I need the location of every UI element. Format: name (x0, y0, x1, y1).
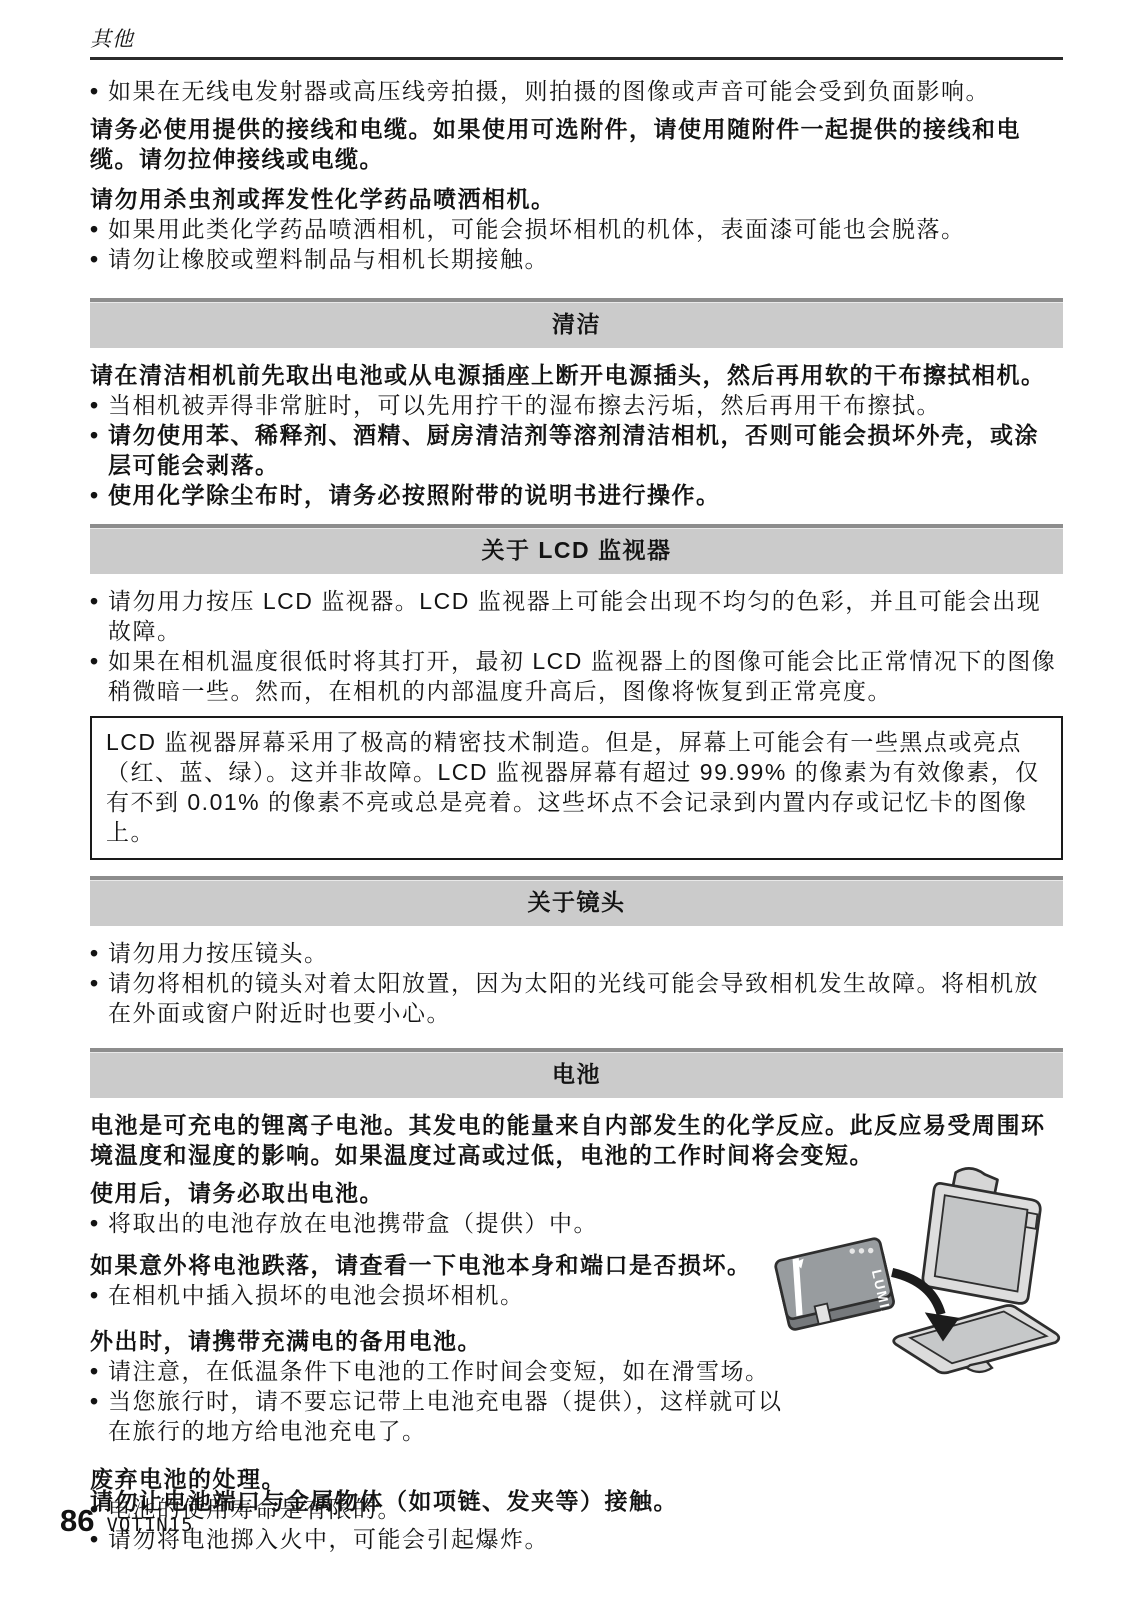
battery-bullet: 请注意，在低温条件下电池的工作时间会变短，如在滑雪场。 (90, 1356, 790, 1386)
bullet-marker (90, 586, 108, 646)
cleaning-bullet: 使用化学除尘布时，请务必按照附带的说明书进行操作。 (90, 480, 1063, 510)
bullet-marker (90, 968, 108, 1028)
battery-bullet: 请勿将电池掷入火中，可能会引起爆炸。 (90, 1524, 790, 1554)
page-number: 86 (60, 1504, 94, 1538)
lens-bullet: 请勿将相机的镜头对着太阳放置，因为太阳的光线可能会导致相机发生故障。将相机放在外… (90, 968, 1063, 1028)
radio-interference-bullet: 如果在无线电发射器或高压线旁拍摄，则拍摄的图像或声音可能会受到负面影响。 (90, 76, 1063, 106)
bullet-marker (90, 480, 108, 510)
battery-bullet: 在相机中插入损坏的电池会损坏相机。 (90, 1280, 790, 1310)
lcd-pixel-note: LCD 监视器屏幕采用了极高的精密技术制造。但是，屏幕上可能会有一些黑点或亮点（… (90, 716, 1063, 860)
case-lid (923, 1168, 1040, 1303)
case-base (894, 1306, 1059, 1373)
section-banner-lcd: 关于 LCD 监视器 (90, 524, 1063, 574)
section-banner-cleaning: 清洁 (90, 298, 1063, 348)
spray-bullet: 请勿让橡胶或塑料制品与相机长期接触。 (90, 244, 1063, 274)
bullet-marker (90, 938, 108, 968)
bullet-marker (90, 244, 108, 274)
lens-bullet: 请勿用力按压镜头。 (90, 938, 1063, 968)
spray-heading: 请勿用杀虫剂或挥发性化学药品喷洒相机。 (90, 184, 1063, 214)
bullet-marker (90, 420, 108, 480)
cable-notice: 请务必使用提供的接线和电缆。如果使用可选附件，请使用随附件一起提供的接线和电缆。… (90, 114, 1063, 174)
bullet-marker (90, 214, 108, 244)
bullet-marker (90, 76, 108, 106)
bullet-marker (90, 390, 108, 420)
page-content: 其他 如果在无线电发射器或高压线旁拍摄，则拍摄的图像或声音可能会受到负面影响。 … (90, 26, 1063, 1554)
battery-terminal-notice: 请勿让电池端口与金属物体（如项链、发夹等）接触。 (90, 1486, 1063, 1516)
bullet-marker (90, 1356, 108, 1386)
battery-case-illustration: LUMIX (763, 1158, 1063, 1376)
header-rule (90, 57, 1063, 60)
section-banner-lens: 关于镜头 (90, 876, 1063, 926)
battery-bullet: 当您旅行时，请不要忘记带上电池充电器（提供），这样就可以在旅行的地方给电池充电了… (90, 1386, 790, 1446)
spray-bullet: 如果用此类化学药品喷洒相机，可能会损坏相机的机体，表面漆可能也会脱落。 (90, 214, 1063, 244)
battery-group-heading: 使用后，请务必取出电池。 (90, 1178, 790, 1208)
lcd-bullet: 请勿用力按压 LCD 监视器。LCD 监视器上可能会出现不均匀的色彩，并且可能会… (90, 586, 1063, 646)
battery-group-heading: 如果意外将电池跌落，请查看一下电池本身和端口是否损坏。 (90, 1250, 790, 1280)
manual-page: 其他 如果在无线电发射器或高压线旁拍摄，则拍摄的图像或声音可能会受到负面影响。 … (0, 0, 1124, 1600)
battery-bullet: 将取出的电池存放在电池携带盒（提供）中。 (90, 1208, 790, 1238)
bullet-marker (90, 646, 108, 706)
chapter-label: 其他 (90, 26, 1063, 52)
bullet-marker (90, 1208, 108, 1238)
page-footer: 86 VQT1N15 (60, 1504, 194, 1538)
cleaning-lead: 请在清洁相机前先取出电池或从电源插座上断开电源插头，然后再用软的干布擦拭相机。 (90, 360, 1063, 390)
document-code: VQT1N15 (106, 1514, 193, 1536)
section-banner-battery: 电池 (90, 1048, 1063, 1098)
battery-group-heading: 外出时，请携带充满电的备用电池。 (90, 1326, 790, 1356)
battery-body: LUMIX (774, 1238, 897, 1342)
bullet-marker (90, 1386, 108, 1446)
lcd-bullet: 如果在相机温度很低时将其打开，最初 LCD 监视器上的图像可能会比正常情况下的图… (90, 646, 1063, 706)
bullet-marker (90, 1280, 108, 1310)
cleaning-bullet: 当相机被弄得非常脏时，可以先用拧干的湿布擦去污垢，然后再用干布擦拭。 (90, 390, 1063, 420)
cleaning-bullet: 请勿使用苯、稀释剂、酒精、厨房清洁剂等溶剂清洁相机，否则可能会损坏外壳，或涂层可… (90, 420, 1063, 480)
